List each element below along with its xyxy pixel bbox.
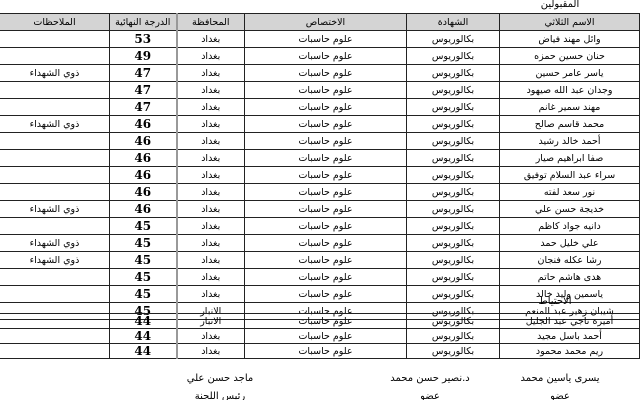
cell-degree: بكالوريوس	[407, 99, 500, 116]
cell-specialty: علوم حاسبات	[245, 314, 407, 329]
cell-grade: 49	[110, 48, 177, 65]
table-row: أميرة ناجي عبد الجليلبكالوريوسعلوم حاسبا…	[0, 314, 640, 329]
cell-degree: بكالوريوس	[407, 48, 500, 65]
cell-name: مهند سمير غانم	[500, 99, 640, 116]
cell-specialty: علوم حاسبات	[245, 286, 407, 303]
cell-governorate: بغداد	[177, 184, 245, 201]
cell-name: وجدان عبد الله صيهود	[500, 82, 640, 99]
cell-degree: بكالوريوس	[407, 150, 500, 167]
cell-degree: بكالوريوس	[407, 329, 500, 344]
cell-degree: بكالوريوس	[407, 252, 500, 269]
cell-notes	[0, 286, 110, 303]
cell-governorate: بغداد	[177, 99, 245, 116]
cell-notes	[0, 48, 110, 65]
cell-notes: ذوي الشهداء	[0, 116, 110, 133]
cell-specialty: علوم حاسبات	[245, 252, 407, 269]
cell-name: وائل مهند فياض	[500, 31, 640, 48]
cell-grade: 46	[110, 201, 177, 218]
cell-name: أحمد باسل مجيد	[500, 329, 640, 344]
cell-name: حنان حسين حمزه	[500, 48, 640, 65]
cell-name: هدى هاشم حاتم	[500, 269, 640, 286]
cell-governorate: الانبار	[177, 314, 245, 329]
table-row: ياسر عامر حسينبكالوريوسعلوم حاسباتبغداد4…	[0, 65, 640, 82]
cell-notes	[0, 167, 110, 184]
cell-grade: 53	[110, 31, 177, 48]
cell-specialty: علوم حاسبات	[245, 218, 407, 235]
accepted-section-title: المقبولين	[530, 0, 590, 10]
cell-grade: 47	[110, 65, 177, 82]
cell-notes	[0, 218, 110, 235]
cell-governorate: بغداد	[177, 133, 245, 150]
cell-grade: 44	[110, 344, 177, 359]
signature-role: عضو	[510, 388, 610, 400]
header-name: الاسم الثلاثي	[500, 14, 640, 31]
cell-grade: 44	[110, 329, 177, 344]
cell-degree: بكالوريوس	[407, 201, 500, 218]
cell-degree: بكالوريوس	[407, 167, 500, 184]
cell-notes	[0, 133, 110, 150]
cell-grade: 46	[110, 184, 177, 201]
cell-governorate: بغداد	[177, 344, 245, 359]
table-row: دانيه جواد كاظمبكالوريوسعلوم حاسباتبغداد…	[0, 218, 640, 235]
cell-governorate: بغداد	[177, 65, 245, 82]
cell-specialty: علوم حاسبات	[245, 167, 407, 184]
cell-notes: ذوي الشهداء	[0, 201, 110, 218]
table-row: نور سعد لفتهبكالوريوسعلوم حاسباتبغداد46	[0, 184, 640, 201]
cell-name: ريم محمد محمود	[500, 344, 640, 359]
table-row: خديجة حسن عليبكالوريوسعلوم حاسباتبغداد46…	[0, 201, 640, 218]
cell-notes	[0, 99, 110, 116]
cell-degree: بكالوريوس	[407, 286, 500, 303]
cell-notes	[0, 269, 110, 286]
header-grade: الدرجة النهائية	[110, 14, 177, 31]
cell-degree: بكالوريوس	[407, 235, 500, 252]
cell-specialty: علوم حاسبات	[245, 235, 407, 252]
cell-name: دانيه جواد كاظم	[500, 218, 640, 235]
cell-name: أميرة ناجي عبد الجليل	[500, 314, 640, 329]
cell-grade: 46	[110, 116, 177, 133]
signature-name: ماجد حسن علي	[160, 370, 280, 388]
cell-governorate: بغداد	[177, 252, 245, 269]
cell-governorate: بغداد	[177, 218, 245, 235]
signature-name: يسرى ياسين محمد	[510, 370, 610, 388]
cell-name: محمد قاسم صالح	[500, 116, 640, 133]
signature-role: عضو	[370, 388, 490, 400]
cell-notes: ذوي الشهداء	[0, 65, 110, 82]
table-row: وائل مهند فياضبكالوريوسعلوم حاسباتبغداد5…	[0, 31, 640, 48]
table-row: أحمد باسل مجيدبكالوريوسعلوم حاسباتبغداد4…	[0, 329, 640, 344]
cell-degree: بكالوريوس	[407, 116, 500, 133]
cell-notes	[0, 31, 110, 48]
table-row: صفا ابراهيم صياربكالوريوسعلوم حاسباتبغدا…	[0, 150, 640, 167]
cell-specialty: علوم حاسبات	[245, 48, 407, 65]
cell-specialty: علوم حاسبات	[245, 344, 407, 359]
header-governorate: المحافظة	[177, 14, 245, 31]
cell-notes: ذوي الشهداء	[0, 252, 110, 269]
cell-governorate: بغداد	[177, 235, 245, 252]
cell-degree: بكالوريوس	[407, 65, 500, 82]
cell-specialty: علوم حاسبات	[245, 133, 407, 150]
cell-grade: 45	[110, 286, 177, 303]
cell-specialty: علوم حاسبات	[245, 65, 407, 82]
cell-degree: بكالوريوس	[407, 184, 500, 201]
header-notes: الملاحظات	[0, 14, 110, 31]
header-specialty: الاختصاص	[245, 14, 407, 31]
cell-governorate: بغداد	[177, 269, 245, 286]
cell-governorate: بغداد	[177, 116, 245, 133]
cell-notes	[0, 314, 110, 329]
table-header-row: الاسم الثلاثي الشهادة الاختصاص المحافظة …	[0, 14, 640, 31]
table-row: رشا عكله فنجانبكالوريوسعلوم حاسباتبغداد4…	[0, 252, 640, 269]
table-row: علي خليل حمدبكالوريوسعلوم حاسباتبغداد45ذ…	[0, 235, 640, 252]
cell-governorate: بغداد	[177, 48, 245, 65]
table-row: سراء عبد السلام توفيقبكالوريوسعلوم حاسبا…	[0, 167, 640, 184]
cell-name: أحمد خالد رشيد	[500, 133, 640, 150]
signature-member-2: د.نصير حسن محمد عضو	[370, 370, 490, 400]
accepted-table: الاسم الثلاثي الشهادة الاختصاص المحافظة …	[0, 13, 640, 320]
signature-member-1: يسرى ياسين محمد عضو	[510, 370, 610, 400]
table-row: ريم محمد محمودبكالوريوسعلوم حاسباتبغداد4…	[0, 344, 640, 359]
cell-name: صفا ابراهيم صيار	[500, 150, 640, 167]
signature-name: د.نصير حسن محمد	[370, 370, 490, 388]
cell-grade: 46	[110, 150, 177, 167]
table-row: حنان حسين حمزهبكالوريوسعلوم حاسباتبغداد4…	[0, 48, 640, 65]
cell-name: خديجة حسن علي	[500, 201, 640, 218]
cell-specialty: علوم حاسبات	[245, 150, 407, 167]
signature-chair: ماجد حسن علي رئيس اللجنة	[160, 370, 280, 400]
cell-specialty: علوم حاسبات	[245, 329, 407, 344]
cell-specialty: علوم حاسبات	[245, 184, 407, 201]
cell-specialty: علوم حاسبات	[245, 269, 407, 286]
cell-notes	[0, 82, 110, 99]
cell-name: رشا عكله فنجان	[500, 252, 640, 269]
cell-degree: بكالوريوس	[407, 133, 500, 150]
cell-name: علي خليل حمد	[500, 235, 640, 252]
cell-governorate: بغداد	[177, 329, 245, 344]
table-row: هدى هاشم حاتمبكالوريوسعلوم حاسباتبغداد45	[0, 269, 640, 286]
cell-governorate: بغداد	[177, 150, 245, 167]
cell-specialty: علوم حاسبات	[245, 116, 407, 133]
cell-name: نور سعد لفته	[500, 184, 640, 201]
cell-degree: بكالوريوس	[407, 218, 500, 235]
cell-governorate: بغداد	[177, 82, 245, 99]
cell-notes	[0, 184, 110, 201]
cell-degree: بكالوريوس	[407, 314, 500, 329]
cell-grade: 45	[110, 269, 177, 286]
cell-grade: 46	[110, 133, 177, 150]
reserve-section-title: الاحتياط	[525, 296, 585, 307]
cell-name: سراء عبد السلام توفيق	[500, 167, 640, 184]
cell-governorate: بغداد	[177, 201, 245, 218]
cell-degree: بكالوريوس	[407, 31, 500, 48]
reserve-table: أميرة ناجي عبد الجليلبكالوريوسعلوم حاسبا…	[0, 313, 640, 359]
cell-grade: 46	[110, 167, 177, 184]
cell-notes	[0, 150, 110, 167]
cell-grade: 45	[110, 218, 177, 235]
table-row: وجدان عبد الله صيهودبكالوريوسعلوم حاسبات…	[0, 82, 640, 99]
cell-specialty: علوم حاسبات	[245, 82, 407, 99]
signature-role: رئيس اللجنة	[160, 388, 280, 400]
cell-degree: بكالوريوس	[407, 344, 500, 359]
cell-specialty: علوم حاسبات	[245, 99, 407, 116]
cell-notes: ذوي الشهداء	[0, 235, 110, 252]
header-degree: الشهادة	[407, 14, 500, 31]
table-row: مهند سمير غانمبكالوريوسعلوم حاسباتبغداد4…	[0, 99, 640, 116]
table-row: محمد قاسم صالحبكالوريوسعلوم حاسباتبغداد4…	[0, 116, 640, 133]
cell-grade: 44	[110, 314, 177, 329]
cell-degree: بكالوريوس	[407, 269, 500, 286]
cell-grade: 45	[110, 252, 177, 269]
cell-degree: بكالوريوس	[407, 82, 500, 99]
cell-name: ياسر عامر حسين	[500, 65, 640, 82]
cell-notes	[0, 344, 110, 359]
cell-specialty: علوم حاسبات	[245, 31, 407, 48]
cell-grade: 47	[110, 99, 177, 116]
cell-grade: 45	[110, 235, 177, 252]
cell-notes	[0, 329, 110, 344]
cell-governorate: بغداد	[177, 286, 245, 303]
cell-governorate: بغداد	[177, 167, 245, 184]
cell-grade: 47	[110, 82, 177, 99]
cell-governorate: بغداد	[177, 31, 245, 48]
table-row: أحمد خالد رشيدبكالوريوسعلوم حاسباتبغداد4…	[0, 133, 640, 150]
cell-specialty: علوم حاسبات	[245, 201, 407, 218]
